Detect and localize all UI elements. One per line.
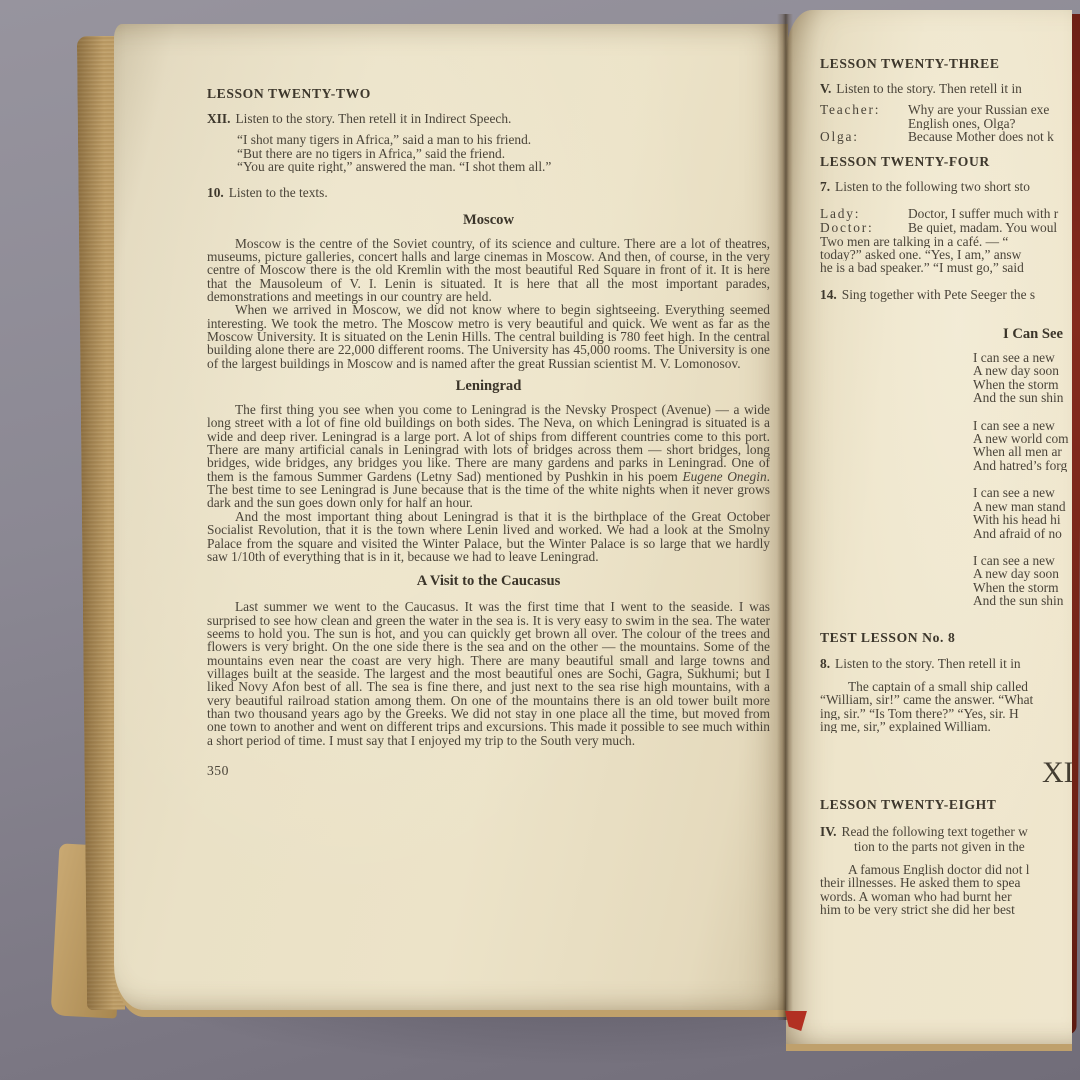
moscow-text: Moscow is the centre of the Soviet count… <box>207 237 770 370</box>
text-line: “But there are no tigers in Africa,” sai… <box>237 147 770 160</box>
text-line: I can see a new <box>973 351 1072 364</box>
book-photo: LESSON TWENTY-TWO XII.Listen to the stor… <box>0 0 1080 1080</box>
exercise-iv-line1: IV.Read the following text together w <box>820 825 1072 839</box>
text-line: A new world com <box>973 432 1072 445</box>
exercise-7-instruction: Listen to the following two short sto <box>835 179 1030 194</box>
olga-label: Olga: <box>820 130 908 144</box>
leningrad-text: The first thing you see when you come to… <box>207 403 770 563</box>
text-line: I can see a new <box>973 554 1072 567</box>
text-line: Two men are talking in a café. — “ <box>820 235 1072 248</box>
left-page: LESSON TWENTY-TWO XII.Listen to the stor… <box>114 24 788 1017</box>
lady-speech-row: Lady: Doctor, I suffer much with r <box>820 207 1072 221</box>
exercise-7-line: 7.Listen to the following two short sto <box>820 180 1072 194</box>
text-line: ing, sir.” “Is Tom there?” “Yes, sir. H <box>820 707 1072 720</box>
teacher-speech-row: Teacher: Why are your Russian exeEnglish… <box>820 103 1072 130</box>
lesson-22-header: LESSON TWENTY-TWO <box>207 86 770 101</box>
text-line: Because Mother does not k <box>908 130 1072 143</box>
text-line: A new day soon <box>973 364 1072 377</box>
left-page-content: LESSON TWENTY-TWO XII.Listen to the stor… <box>207 86 770 779</box>
book-gutter <box>777 14 793 1020</box>
text-line: When the storm <box>973 378 1072 391</box>
text-line: And the sun shin <box>973 391 1072 404</box>
cafe-story: Two men are talking in a café. — “today?… <box>820 235 1072 275</box>
lesson-23-header: LESSON TWENTY-THREE <box>820 56 1072 71</box>
text-line: A new day soon <box>973 567 1072 580</box>
exercise-iv-instruction-1: Read the following text together w <box>842 824 1028 839</box>
text-line: English ones, Olga? <box>908 117 1072 130</box>
text-line: And afraid of no <box>973 527 1072 540</box>
text-line: I can see a new <box>973 486 1072 499</box>
text-run: Moscow is the centre of the Soviet count… <box>207 236 770 304</box>
exercise-8-instruction: Listen to the story. Then retell it in <box>835 656 1021 671</box>
text-line: Why are your Russian exe <box>908 103 1072 116</box>
text-line: And hatred’s forg <box>973 459 1072 472</box>
exercise-iv-number: IV. <box>820 824 837 839</box>
text-line: words. A woman who had burnt her <box>820 890 1072 903</box>
doctor-speech-row: Doctor: Be quiet, madam. You woul <box>820 221 1072 235</box>
text-line: their illnesses. He asked them to spea <box>820 876 1072 889</box>
lesson-24-header: LESSON TWENTY-FOUR <box>820 154 1072 169</box>
exercise-12-line: XII.Listen to the story. Then retell it … <box>207 112 770 126</box>
text-line: I can see a new <box>973 419 1072 432</box>
caucasus-text: Last summer we went to the Caucasus. It … <box>207 600 770 747</box>
exercise-iv-line2: tion to the parts not given in the <box>820 840 1072 854</box>
exercise-14-line: 14.Sing together with Pete Seeger the s <box>820 288 1072 302</box>
olga-speech-row: Olga: Because Mother does not k <box>820 130 1072 144</box>
moscow-heading: Moscow <box>207 212 770 228</box>
right-page: LESSON TWENTY-THREE V.Listen to the stor… <box>786 10 1072 1051</box>
exercise-12-number: XII. <box>207 111 230 126</box>
page-number: 350 <box>207 763 770 779</box>
exercise-8-line: 8.Listen to the story. Then retell it in <box>820 657 1072 671</box>
exercise-14-number: 14. <box>820 287 837 302</box>
text-line: A new man stand <box>973 500 1072 513</box>
test-lesson-8-header: TEST LESSON No. 8 <box>820 630 1072 645</box>
olga-lines: Because Mother does not k <box>908 130 1072 144</box>
paragraph: When we arrived in Moscow, we did not kn… <box>207 303 770 370</box>
text-line: When all men ar <box>973 445 1072 458</box>
exercise-7-number: 7. <box>820 179 830 194</box>
text-line: With his head hi <box>973 513 1072 526</box>
paragraph: The first thing you see when you come to… <box>207 403 770 510</box>
right-page-content: LESSON TWENTY-THREE V.Listen to the stor… <box>820 56 1072 916</box>
exercise-v-line: V.Listen to the story. Then retell it in <box>820 82 1072 96</box>
doctor-lines: Be quiet, madam. You woul <box>908 221 1072 235</box>
text-line: him to be very strict she did her best <box>820 903 1072 916</box>
song-stanza-1: I can see a newA new day soonWhen the st… <box>973 351 1072 405</box>
paragraph: Last summer we went to the Caucasus. It … <box>207 600 770 747</box>
text-run: When we arrived in Moscow, we did not kn… <box>207 302 770 370</box>
teacher-lines: Why are your Russian exeEnglish ones, Ol… <box>908 103 1072 130</box>
text-line: Be quiet, madam. You woul <box>908 221 1072 234</box>
text-line: Doctor, I suffer much with r <box>908 207 1072 220</box>
exercise-10-number: 10. <box>207 185 224 200</box>
text-line: The captain of a small ship called <box>820 680 1072 693</box>
teacher-label: Teacher: <box>820 103 908 130</box>
paragraph: Moscow is the centre of the Soviet count… <box>207 237 770 304</box>
text-line: “You are quite right,” answered the man.… <box>237 160 770 173</box>
text-line: When the storm <box>973 581 1072 594</box>
captain-story: The captain of a small ship called“Willi… <box>820 680 1072 734</box>
text-line: ing me, sir,” explained William. <box>820 720 1072 733</box>
exercise-10-line: 10.Listen to the texts. <box>207 186 770 200</box>
song-stanza-2: I can see a newA new world comWhen all m… <box>973 419 1072 473</box>
song-stanza-3: I can see a newA new man standWith his h… <box>973 486 1072 540</box>
text-line: “I shot many tigers in Africa,” said a m… <box>237 133 770 146</box>
lady-label: Lady: <box>820 207 908 221</box>
text-line: “William, sir!” came the answer. “What <box>820 693 1072 706</box>
part-xi-numeral: XI <box>1042 757 1072 789</box>
caucasus-heading: A Visit to the Caucasus <box>207 573 770 589</box>
exercise-v-instruction: Listen to the story. Then retell it in <box>836 81 1022 96</box>
text-line: And the sun shin <box>973 594 1072 607</box>
lesson-28-header: LESSON TWENTY-EIGHT <box>820 797 1072 812</box>
exercise-10-instruction: Listen to the texts. <box>229 185 328 200</box>
exercise-14-instruction: Sing together with Pete Seeger the s <box>842 287 1035 302</box>
doctor-label: Doctor: <box>820 221 908 235</box>
exercise-v-number: V. <box>820 81 831 96</box>
tigers-dialogue: “I shot many tigers in Africa,” said a m… <box>237 133 770 173</box>
text-line: he is a bad speaker.” “I must go,” said <box>820 261 1072 274</box>
exercise-8-number: 8. <box>820 656 830 671</box>
exercise-12-instruction: Listen to the story. Then retell it in I… <box>235 111 511 126</box>
paragraph: And the most important thing about Lenin… <box>207 510 770 563</box>
text-run: And the most important thing about Lenin… <box>207 509 770 564</box>
lady-lines: Doctor, I suffer much with r <box>908 207 1072 221</box>
leningrad-heading: Leningrad <box>207 378 770 394</box>
english-doctor-story: A famous English doctor did not ltheir i… <box>820 863 1072 917</box>
text-line: today?” asked one. “Yes, I am,” answ <box>820 248 1072 261</box>
text-line: A famous English doctor did not l <box>820 863 1072 876</box>
text-run: Last summer we went to the Caucasus. It … <box>207 599 770 747</box>
song-stanza-4: I can see a newA new day soonWhen the st… <box>973 554 1072 608</box>
song-title: I Can See <box>1003 326 1072 343</box>
